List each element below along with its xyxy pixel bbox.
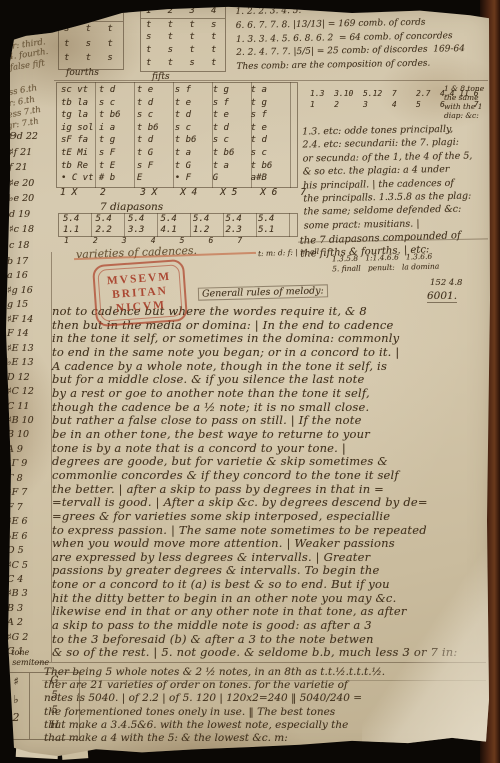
rule-divider (54, 80, 488, 81)
fourths-table-rows: s t t t s t t t s (59, 22, 123, 66)
fourths-table: 1 2 3 s t t t s t t t s (58, 6, 124, 70)
fourths-table-label: fourths (66, 68, 99, 78)
diapasons-footer: 1 2 3 4 5 6 7 (64, 236, 242, 245)
page-fold-highlight (362, 549, 492, 749)
diapasons-cells: 5.4 5.4 5.4 5.4 5.4 5.4 5.4 1.1 2.2 3.3 … (58, 213, 298, 237)
cadences-sum: 152 4.8 (430, 278, 462, 288)
fourths-table-header: 1 2 3 (59, 7, 123, 22)
margin-sixths-labels: less 6.th gr: 6.th less 7.th gr: 7.th (0, 83, 43, 133)
manuscript-photo: tone 2. tone: 3. less third gr: third. 4… (0, 0, 500, 763)
museum-britannicum-stamp: MVSEVM BRITAN NICVM (92, 259, 188, 327)
margin-gamut-main: b 17 a 16 ♯g 16 g 15 ♯F 14 F 14 ♯E 13 ♭E… (7, 255, 34, 660)
legend-table-left: ♯ ♭ 2 (3, 673, 30, 739)
bottom-notes: Ther being 5 whole notes & 2 ½ notes, in… (44, 666, 385, 745)
museum-stamp-text: MVSEVM BRITAN NICVM (97, 264, 182, 322)
rules-heading: Generall rules of melody: (198, 284, 328, 300)
diapasons-label: 7 diapasons (100, 201, 163, 213)
solmization-footer: 1 X 2 3 X X 4 X 5 X 6 7 (60, 187, 306, 198)
cadences-cells: 1.3.5.8 1:1.4.6.6 1.3.6.6 5. finall penu… (332, 252, 440, 275)
octave-equivalence-note: 1 & 8 tone the same with the 1 diap: &c: (444, 84, 484, 120)
fifts-table: 1 2 3 4 t t t s s t t t t s t t t t s t (140, 4, 226, 72)
solmization-rows: sc vt t d t e s f t g t a tb la s c t d … (57, 83, 297, 185)
diapasons-cell-values: 5.4 5.4 5.4 5.4 5.4 5.4 5.4 1.1 2.2 3.3 … (59, 214, 297, 235)
stamp-line-3: NICVM (115, 298, 166, 315)
manuscript-page: tone 2. tone: 3. less third gr: third. 4… (0, 0, 500, 763)
margin-gamut-upper: Θd 22 ♯f 21 f 21 ♯e 20 ♭e 20 d 19 ♯c 18 … (9, 129, 38, 253)
fifts-table-header: 1 2 3 4 (141, 5, 225, 19)
solmization-table: sc vt t d t e s f t g t a tb la s c t d … (56, 82, 298, 188)
margin-separator-line (51, 252, 52, 662)
plagal-tones-note: 1.3. etc: odde tones principally, 2.4. e… (302, 123, 474, 233)
margin-interval-list: tone 2. tone: 3. less third gr: third. 4… (2, 4, 61, 73)
combination-counts: 1. 2. 2. 3. 4. 5. 6. 6. 7. 7. 8. |13/13|… (235, 2, 465, 75)
tone-semitone-legend: t. tone s. semitone (3, 648, 49, 668)
fifts-table-rows: t t t s s t t t t s t t t t s t (141, 19, 225, 70)
cadences-total: 6001. (427, 290, 457, 303)
